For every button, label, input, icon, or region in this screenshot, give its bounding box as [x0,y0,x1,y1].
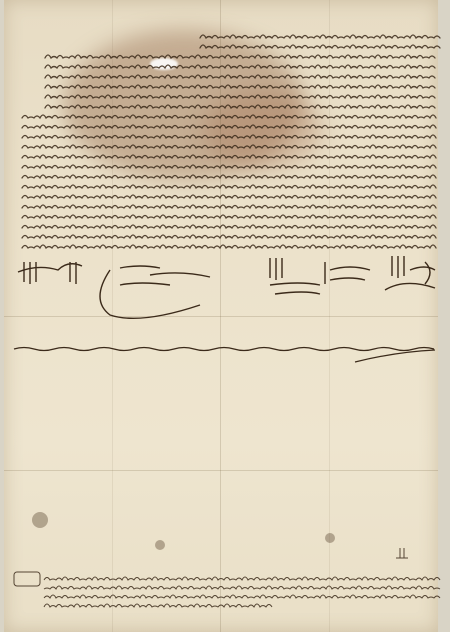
text-line [22,195,436,198]
text-line [44,577,440,580]
signature-5 [385,256,435,290]
signature-1 [18,262,82,284]
text-line [45,85,435,88]
signature-blocks [18,256,435,318]
text-line [45,55,435,58]
text-line [45,65,435,68]
text-line [44,604,272,607]
bottom-note [14,548,440,607]
text-line [22,235,436,238]
text-line [200,35,440,38]
text-line [200,45,440,48]
signature-4 [325,262,370,284]
handwriting-layer [0,0,450,632]
text-line [22,125,436,128]
text-line [45,105,435,108]
text-line [22,245,436,248]
text-line [22,145,436,148]
main-text-block [22,35,440,248]
text-line [44,586,440,589]
text-line [45,75,435,78]
text-line [45,95,435,98]
text-line [22,115,436,118]
text-line [44,595,440,598]
text-line [22,165,436,168]
notary-mark [396,548,408,558]
text-line [22,175,436,178]
text-line [22,225,436,228]
text-line [22,215,436,218]
signature-3 [270,258,320,294]
text-line [22,135,436,138]
signature-2 [100,266,210,318]
text-line [22,185,436,188]
text-line [22,155,436,158]
text-line [22,205,436,208]
initial-box [14,572,40,586]
faded-marks [32,512,335,550]
attestation-line [14,348,435,363]
